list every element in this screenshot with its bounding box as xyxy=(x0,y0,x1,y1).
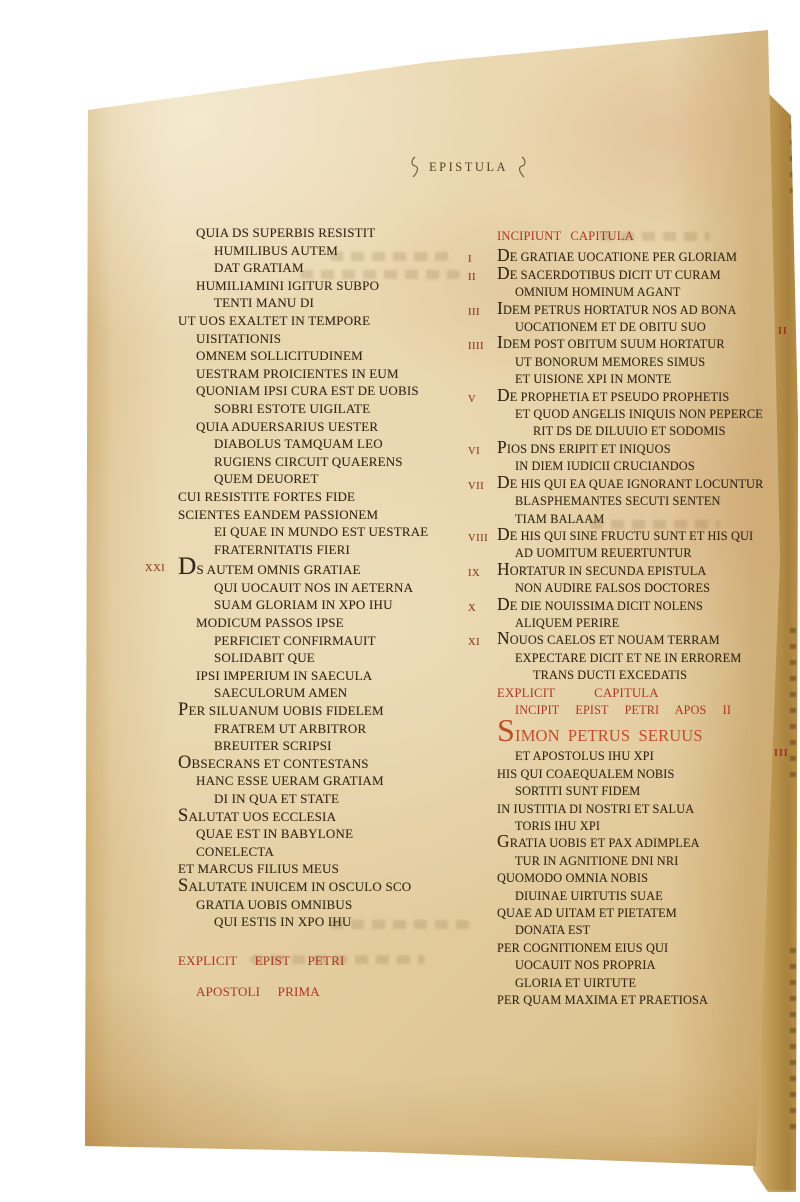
text-line: VDE PROPHETIA ET PSEUDO PROPHETIS xyxy=(497,389,782,406)
line-text: EXPLICIT CAPITULA xyxy=(497,686,659,700)
line-text: OMNIUM HOMINUM AGANT xyxy=(515,285,681,299)
text-line: GRATIA UOBIS ET PAX ADIMPLEA xyxy=(497,835,782,852)
text-line: NON AUDIRE FALSOS DOCTORES xyxy=(497,580,782,597)
line-text: CONELECTA xyxy=(196,844,274,859)
text-line: UOCAUIT NOS PROPRIA xyxy=(497,957,782,974)
text-line: UOCATIONEM ET DE OBITU SUO xyxy=(497,319,782,336)
line-text: HORTATUR IN SECUNDA EPISTULA xyxy=(497,564,706,578)
quire-numeral: III xyxy=(774,748,789,759)
text-line: IN DIEM IUDICII CRUCIANDOS xyxy=(497,458,782,475)
line-text: ET APOSTOLUS IHU XPI xyxy=(515,749,654,763)
text-line: QUAE EST IN BABYLONE xyxy=(178,825,483,843)
text-line: CUI RESISTITE FORTES FIDE xyxy=(178,488,483,506)
text-line: QUEM DEUORET xyxy=(178,470,483,488)
text-line: IIDE SACERDOTIBUS DICIT UT CURAM xyxy=(497,267,782,284)
text-line: HIS QUI COAEQUALEM NOBIS xyxy=(497,766,782,783)
line-text: HUMILIAMINI IGITUR SUBPO xyxy=(196,278,379,293)
text-line: RUGIENS CIRCUIT QUAERENS xyxy=(178,453,483,471)
pen-flourish-icon xyxy=(408,156,422,178)
text-line: DI IN QUA ET STATE xyxy=(178,790,483,808)
line-text: APOSTOLI PRIMA xyxy=(196,984,320,999)
line-text: SAECULORUM AMEN xyxy=(214,685,347,700)
line-text: DI IN QUA ET STATE xyxy=(214,791,339,806)
text-line: PER COGNITIONEM EIUS QUI xyxy=(497,940,782,957)
line-text: PER QUAM MAXIMA ET PRAETIOSA xyxy=(497,993,708,1007)
line-text: GLORIA ET UIRTUTE xyxy=(515,976,636,990)
line-text: TIAM BALAAM xyxy=(515,512,604,526)
text-line: IPSI IMPERIUM IN SAECULA xyxy=(178,667,483,685)
line-text: DE SACERDOTIBUS DICIT UT CURAM xyxy=(497,268,721,282)
line-text: UESTRAM PROICIENTES IN EUM xyxy=(196,366,399,381)
manuscript-page: EPISTULA QUIA DS SUPERBIS RESISTITHUMILI… xyxy=(0,0,800,1202)
text-line: PER QUAM MAXIMA ET PRAETIOSA xyxy=(497,992,782,1009)
line-text: QUOMODO OMNIA NOBIS xyxy=(497,871,648,885)
line-text: HUMILIBUS AUTEM xyxy=(214,243,338,258)
line-text: CUI RESISTITE FORTES FIDE xyxy=(178,489,355,504)
line-text: SIMON PETRUS SERUUS xyxy=(497,726,703,745)
rubric-line: APOSTOLI PRIMA xyxy=(178,976,483,1007)
text-line: AD UOMITUM REUERTUNTUR xyxy=(497,545,782,562)
edge-text-fragments xyxy=(790,948,796,1138)
chapter-numeral: III xyxy=(468,304,480,321)
text-column-left: QUIA DS SUPERBIS RESISTITHUMILIBUS AUTEM… xyxy=(178,224,483,1007)
line-text: OBSECRANS ET CONTESTANS xyxy=(178,756,369,771)
line-text: ET UISIONE XPI IN MONTE xyxy=(515,372,671,386)
line-text: BLASPHEMANTES SECUTI SENTEN xyxy=(515,494,721,508)
line-text: PER SILUANUM UOBIS FIDELEM xyxy=(178,703,384,718)
line-text: HIS QUI COAEQUALEM NOBIS xyxy=(497,767,674,781)
line-text: INCIPIUNT CAPITULA xyxy=(497,229,634,243)
line-text: SOBRI ESTOTE UIGILATE xyxy=(214,401,370,416)
line-text: QUEM DEUORET xyxy=(214,471,319,486)
text-line: OBSECRANS ET CONTESTANS xyxy=(178,755,483,773)
text-line: ET APOSTOLUS IHU XPI xyxy=(497,748,782,765)
line-text: DE GRATIAE UOCATIONE PER GLORIAM xyxy=(497,250,737,264)
line-text: ALIQUEM PERIRE xyxy=(515,616,619,630)
line-text: IPSI IMPERIUM IN SAECULA xyxy=(196,668,372,683)
line-text: QUIA ADUERSARIUS UESTER xyxy=(196,419,378,434)
text-line: UT BONORUM MEMORES SIMUS xyxy=(497,354,782,371)
rubric-line: INCIPIUNT CAPITULA xyxy=(497,228,782,245)
text-line: QUAE AD UITAM ET PIETATEM xyxy=(497,905,782,922)
text-line: PERFICIET CONFIRMAUIT xyxy=(178,632,483,650)
text-line: RIT DS DE DILUUIO ET SODOMIS xyxy=(497,423,782,440)
chapter-numeral: XXI xyxy=(145,560,165,578)
line-text: IDEM POST OBITUM SUUM HORTATUR xyxy=(497,337,725,351)
text-line: SUAM GLORIAM IN XPO IHU xyxy=(178,596,483,614)
line-text: PIOS DNS ERIPIT ET INIQUOS xyxy=(497,442,671,456)
line-text: IN DIEM IUDICII CRUCIANDOS xyxy=(515,459,695,473)
chapter-numeral: XI xyxy=(468,634,480,651)
text-line: FRATREM UT ARBITROR xyxy=(178,720,483,738)
text-line: UESTRAM PROICIENTES IN EUM xyxy=(178,365,483,383)
text-line: MODICUM PASSOS IPSE xyxy=(178,614,483,632)
text-line: TIAM BALAAM xyxy=(497,511,782,528)
line-text: HANC ESSE UERAM GRATIAM xyxy=(196,773,384,788)
text-line: HUMILIBUS AUTEM xyxy=(178,242,483,260)
line-text: PER COGNITIONEM EIUS QUI xyxy=(497,941,668,955)
line-text: EI QUAE IN MUNDO EST UESTRAE xyxy=(214,524,428,539)
text-line: TRANS DUCTI EXCEDATIS xyxy=(497,667,782,684)
edge-text-fragments xyxy=(790,108,796,198)
text-line: VIIIDE HIS QUI SINE FRUCTU SUNT ET HIS Q… xyxy=(497,528,782,545)
text-line: BREUITER SCRIPSI xyxy=(178,737,483,755)
chapter-numeral: V xyxy=(468,391,476,408)
chapter-numeral: VII xyxy=(468,478,484,495)
incipit-line: SIMON PETRUS SERUUS xyxy=(497,719,782,748)
line-text: IN IUSTITIA DI NOSTRI ET SALUA xyxy=(497,802,694,816)
line-text: SORTITI SUNT FIDEM xyxy=(515,784,640,798)
line-text: QUI UOCAUIT NOS IN AETERNA xyxy=(214,580,413,595)
line-text: TUR IN AGNITIONE DNI NRI xyxy=(515,854,678,868)
line-text: QUAE EST IN BABYLONE xyxy=(196,826,353,841)
text-line: VIPIOS DNS ERIPIT ET INIQUOS xyxy=(497,441,782,458)
text-line: SCIENTES EANDEM PASSIONEM xyxy=(178,506,483,524)
text-line: IIIIDEM PETRUS HORTATUR NOS AD BONA xyxy=(497,302,782,319)
line-text: FRATERNITATIS FIERI xyxy=(214,542,350,557)
line-text: AD UOMITUM REUERTUNTUR xyxy=(515,546,692,560)
text-line: XXIDS AUTEM OMNIS GRATIAE xyxy=(178,558,483,579)
text-line: SALUTAT UOS ECCLESIA xyxy=(178,808,483,826)
line-text: SCIENTES EANDEM PASSIONEM xyxy=(178,507,378,522)
text-column-right: INCIPIUNT CAPITULAIDE GRATIAE UOCATIONE … xyxy=(497,228,782,1009)
text-line: QUONIAM IPSI CURA EST DE UOBIS xyxy=(178,382,483,400)
text-line: QUIA ADUERSARIUS UESTER xyxy=(178,418,483,436)
line-text: IDEM PETRUS HORTATUR NOS AD BONA xyxy=(497,303,737,317)
text-line: DAT GRATIAM xyxy=(178,259,483,277)
line-text: ET QUOD ANGELIS INIQUIS NON PEPERCE xyxy=(515,407,763,421)
text-line: ALIQUEM PERIRE xyxy=(497,615,782,632)
text-line: ET QUOD ANGELIS INIQUIS NON PEPERCE xyxy=(497,406,782,423)
text-line: ET UISIONE XPI IN MONTE xyxy=(497,371,782,388)
line-text: QUIA DS SUPERBIS RESISTIT xyxy=(196,225,375,240)
running-title-text: EPISTULA xyxy=(429,160,508,175)
rubric-line: EXPLICIT CAPITULA xyxy=(497,685,782,702)
line-text: NON AUDIRE FALSOS DOCTORES xyxy=(515,581,710,595)
line-text: GRATIA UOBIS OMNIBUS xyxy=(196,897,352,912)
line-text: QUAE AD UITAM ET PIETATEM xyxy=(497,906,677,920)
line-text: TENTI MANU DI xyxy=(214,295,314,310)
text-line: TENTI MANU DI xyxy=(178,294,483,312)
text-line: HANC ESSE UERAM GRATIAM xyxy=(178,772,483,790)
line-text: UT UOS EXALTET IN TEMPORE xyxy=(178,313,370,328)
text-line: XDE DIE NOUISSIMA DICIT NOLENS xyxy=(497,598,782,615)
text-line: SORTITI SUNT FIDEM xyxy=(497,783,782,800)
line-text: DE DIE NOUISSIMA DICIT NOLENS xyxy=(497,599,703,613)
text-line: SAECULORUM AMEN xyxy=(178,684,483,702)
text-line: GLORIA ET UIRTUTE xyxy=(497,975,782,992)
line-text: DAT GRATIAM xyxy=(214,260,304,275)
chapter-numeral: IIII xyxy=(468,338,484,355)
text-line: TORIS IHU XPI xyxy=(497,818,782,835)
text-line: IXHORTATUR IN SECUNDA EPISTULA xyxy=(497,563,782,580)
line-text: UT BONORUM MEMORES SIMUS xyxy=(515,355,705,369)
running-title: EPISTULA xyxy=(408,156,529,178)
pen-flourish-icon xyxy=(515,156,529,178)
text-line: FRATERNITATIS FIERI xyxy=(178,541,483,559)
text-line: VIIDE HIS QUI EA QUAE IGNORANT LOCUNTUR xyxy=(497,476,782,493)
text-line: QUOMODO OMNIA NOBIS xyxy=(497,870,782,887)
text-line: OMNEM SOLLICITUDINEM xyxy=(178,347,483,365)
text-line: IN IUSTITIA DI NOSTRI ET SALUA xyxy=(497,801,782,818)
line-text: PERFICIET CONFIRMAUIT xyxy=(214,633,376,648)
text-line: UISITATIONIS xyxy=(178,330,483,348)
chapter-numeral: I xyxy=(468,251,472,268)
line-text: DE HIS QUI SINE FRUCTU SUNT ET HIS QUI xyxy=(497,529,753,543)
line-text: QUONIAM IPSI CURA EST DE UOBIS xyxy=(196,383,419,398)
text-line: IIIIIDEM POST OBITUM SUUM HORTATUR xyxy=(497,336,782,353)
line-text: NOUOS CAELOS ET NOUAM TERRAM xyxy=(497,633,720,647)
text-line: DONATA EST xyxy=(497,922,782,939)
manuscript-photo: II III EPISTULA QUIA DS SUPERBIS RESISTI… xyxy=(0,0,800,1202)
line-text: DE HIS QUI EA QUAE IGNORANT LOCUNTUR xyxy=(497,477,763,491)
chapter-numeral: II xyxy=(468,269,476,286)
text-line: SALUTATE INUICEM IN OSCULO SCO xyxy=(178,878,483,896)
text-line: ET MARCUS FILIUS MEUS xyxy=(178,860,483,878)
line-text: UOCAUIT NOS PROPRIA xyxy=(515,958,656,972)
line-text: UOCATIONEM ET DE OBITU SUO xyxy=(515,320,706,334)
line-text: BREUITER SCRIPSI xyxy=(214,738,332,753)
line-text: MODICUM PASSOS IPSE xyxy=(196,615,344,630)
line-text: UISITATIONIS xyxy=(196,331,281,346)
text-line: UT UOS EXALTET IN TEMPORE xyxy=(178,312,483,330)
text-line: HUMILIAMINI IGITUR SUBPO xyxy=(178,277,483,295)
line-text: RIT DS DE DILUUIO ET SODOMIS xyxy=(533,424,726,438)
text-line: GRATIA UOBIS OMNIBUS xyxy=(178,896,483,914)
line-text: DIUINAE UIRTUTIS SUAE xyxy=(515,889,663,903)
text-line: QUI UOCAUIT NOS IN AETERNA xyxy=(178,579,483,597)
chapter-numeral: VIII xyxy=(468,530,488,547)
line-text: FRATREM UT ARBITROR xyxy=(214,721,366,736)
line-text: RUGIENS CIRCUIT QUAERENS xyxy=(214,454,403,469)
line-text: ET MARCUS FILIUS MEUS xyxy=(178,861,339,876)
text-line: EI QUAE IN MUNDO EST UESTRAE xyxy=(178,523,483,541)
line-text: SUAM GLORIAM IN XPO IHU xyxy=(214,597,393,612)
quire-numeral: II xyxy=(778,326,788,337)
text-line: DIABOLUS TAMQUAM LEO xyxy=(178,435,483,453)
text-line: EXPECTARE DICIT ET NE IN ERROREM xyxy=(497,650,782,667)
chapter-numeral: X xyxy=(468,600,476,617)
text-line: CONELECTA xyxy=(178,843,483,861)
line-text: INCIPIT EPIST PETRI APOS II xyxy=(515,703,731,717)
line-text: EXPLICIT EPIST PETRI xyxy=(178,953,345,968)
rubric-line: INCIPIT EPIST PETRI APOS II xyxy=(497,702,782,719)
text-line: BLASPHEMANTES SECUTI SENTEN xyxy=(497,493,782,510)
text-line: TUR IN AGNITIONE DNI NRI xyxy=(497,853,782,870)
line-text: EXPECTARE DICIT ET NE IN ERROREM xyxy=(515,651,741,665)
text-line: QUI ESTIS IN XPO IHU xyxy=(178,913,483,931)
line-text: DONATA EST xyxy=(515,923,590,937)
line-text: SALUTATE INUICEM IN OSCULO SCO xyxy=(178,879,411,894)
line-text: GRATIA UOBIS ET PAX ADIMPLEA xyxy=(497,836,700,850)
line-text: QUI ESTIS IN XPO IHU xyxy=(214,914,352,929)
text-line: SOBRI ESTOTE UIGILATE xyxy=(178,400,483,418)
line-text: DS AUTEM OMNIS GRATIAE xyxy=(178,562,361,577)
line-text: DIABOLUS TAMQUAM LEO xyxy=(214,436,383,451)
text-line: QUIA DS SUPERBIS RESISTIT xyxy=(178,224,483,242)
line-text: TORIS IHU XPI xyxy=(515,819,600,833)
line-text: TRANS DUCTI EXCEDATIS xyxy=(533,668,687,682)
text-line: SOLIDABIT QUE xyxy=(178,649,483,667)
line-text: OMNEM SOLLICITUDINEM xyxy=(196,348,363,363)
edge-text-fragments xyxy=(790,628,796,778)
text-line: DIUINAE UIRTUTIS SUAE xyxy=(497,888,782,905)
text-line: IDE GRATIAE UOCATIONE PER GLORIAM xyxy=(497,249,782,266)
line-text: DE PROPHETIA ET PSEUDO PROPHETIS xyxy=(497,390,729,404)
rubric-line: EXPLICIT EPIST PETRI xyxy=(178,945,483,976)
line-text: SOLIDABIT QUE xyxy=(214,650,315,665)
line-text: SALUTAT UOS ECCLESIA xyxy=(178,809,336,824)
chapter-numeral: VI xyxy=(468,443,480,460)
text-line: PER SILUANUM UOBIS FIDELEM xyxy=(178,702,483,720)
text-line: XINOUOS CAELOS ET NOUAM TERRAM xyxy=(497,632,782,649)
chapter-numeral: IX xyxy=(468,565,480,582)
text-line: OMNIUM HOMINUM AGANT xyxy=(497,284,782,301)
